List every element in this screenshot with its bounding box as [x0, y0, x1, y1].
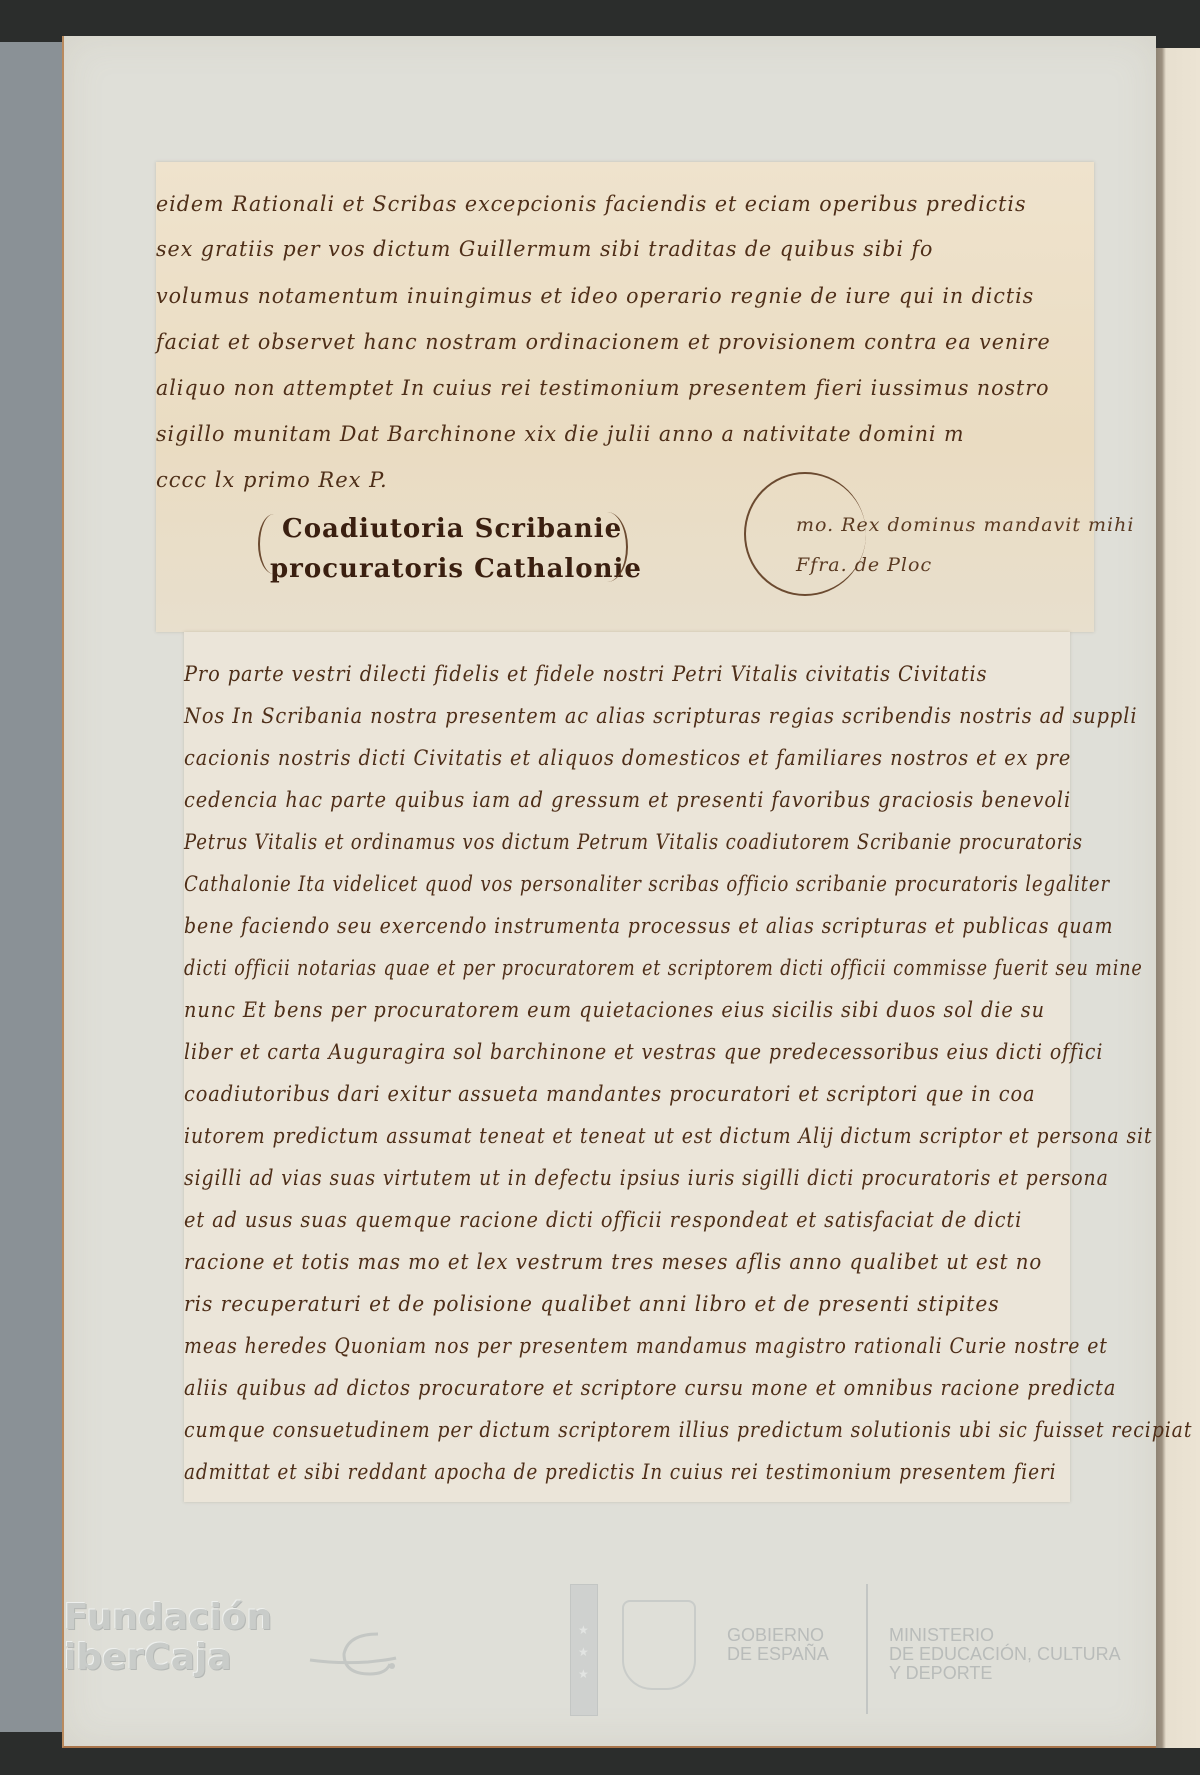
- lower-manuscript-fragment: Pro parte vestri dilecti fidelis et fide…: [184, 632, 1070, 1502]
- manuscript-line: Nos In Scribania nostra presentem ac ali…: [184, 704, 1137, 728]
- manuscript-line: cumque consuetudinem per dictum scriptor…: [184, 1418, 1192, 1442]
- manuscript-line: meas heredes Quoniam nos per presentem m…: [184, 1334, 1108, 1358]
- manuscript-line: admittat et sibi reddant apocha de predi…: [184, 1460, 1056, 1484]
- manuscript-line: sigilli ad vias suas virtutem ut in defe…: [184, 1166, 1109, 1190]
- bracket-right-icon: [586, 512, 628, 582]
- manuscript-line: cacionis nostris dicti Civitatis et aliq…: [184, 746, 1071, 770]
- ibercaja-logo-icon: [308, 1630, 398, 1676]
- manuscript-line: sigillo munitam Dat Barchinone xix die j…: [156, 422, 965, 446]
- watermark-text: DE EDUCACIÓN, CULTURA: [889, 1645, 1121, 1664]
- manuscript-line: eidem Rationali et Scribas excepcionis f…: [156, 192, 1027, 216]
- manuscript-line: liber et carta Auguragira sol barchinone…: [184, 1040, 1103, 1064]
- manuscript-line: sex gratiis per vos dictum Guillermum si…: [156, 237, 933, 261]
- manuscript-line: bene faciendo seu exercendo instrumenta …: [184, 914, 1113, 938]
- fundacion-ibercaja-watermark: Fundación iberCaja: [64, 1598, 272, 1678]
- ministerio-watermark: MINISTERIO DE EDUCACIÓN, CULTURA Y DEPOR…: [889, 1626, 1121, 1683]
- watermark-text: DE ESPAÑA: [727, 1645, 829, 1664]
- manuscript-line: cedencia hac parte quibus iam ad gressum…: [184, 788, 1071, 812]
- manuscript-line: aliis quibus ad dictos procuratore et sc…: [184, 1376, 1116, 1400]
- manuscript-line: racione et totis mas mo et lex vestrum t…: [184, 1250, 1042, 1274]
- manuscript-line: volumus notamentum inuingimus et ideo op…: [156, 284, 1034, 308]
- watermark-text: Y DEPORTE: [889, 1664, 1121, 1683]
- manuscript-line: Cathalonie Ita videlicet quod vos person…: [184, 872, 1110, 896]
- spain-flag-bar-icon: ★ ★ ★: [570, 1584, 598, 1716]
- manuscript-line: aliquo non attemptet In cuius rei testim…: [156, 376, 1049, 400]
- mounting-page: eidem Rationali et Scribas excepcionis f…: [62, 36, 1156, 1748]
- manuscript-line: ris recuperaturi et de polisione qualibe…: [184, 1292, 1000, 1316]
- watermark-text: GOBIERNO: [727, 1626, 829, 1645]
- watermark-text: MINISTERIO: [889, 1626, 1121, 1645]
- side-note: Ffra. de Ploc: [796, 554, 932, 576]
- manuscript-line: faciat et observet hanc nostram ordinaci…: [156, 330, 1051, 354]
- spain-coat-of-arms-icon: [622, 1600, 696, 1690]
- rubric-heading: Coadiutoria Scribanie: [282, 514, 622, 544]
- manuscript-line: coadiutoribus dari exitur assueta mandan…: [184, 1082, 1036, 1106]
- watermark-divider: [866, 1584, 868, 1714]
- gobierno-de-espana-watermark: GOBIERNO DE ESPAÑA: [727, 1626, 829, 1664]
- watermark-text: Fundación: [64, 1598, 272, 1638]
- manuscript-line: iutorem predictum assumat teneat et tene…: [184, 1124, 1152, 1148]
- watermark-text: iberCaja: [64, 1638, 272, 1678]
- manuscript-line: Petrus Vitalis et ordinamus vos dictum P…: [184, 830, 1083, 854]
- left-cover-board: [0, 42, 68, 1732]
- manuscript-line: Pro parte vestri dilecti fidelis et fide…: [184, 662, 988, 686]
- manuscript-line: cccc lx primo Rex P.: [156, 468, 388, 492]
- manuscript-line: et ad usus suas quemque racione dicti of…: [184, 1208, 1022, 1232]
- manuscript-line: nunc Et bens per procuratorem eum quieta…: [184, 998, 1045, 1022]
- upper-manuscript-fragment: eidem Rationali et Scribas excepcionis f…: [156, 162, 1094, 632]
- facing-page-edge: Pº Sur · R C ·: [1150, 48, 1200, 1748]
- side-note: mo. Rex dominus mandavit mihi: [796, 514, 1134, 536]
- manuscript-line: dicti officii notarias quae et per procu…: [184, 956, 1143, 980]
